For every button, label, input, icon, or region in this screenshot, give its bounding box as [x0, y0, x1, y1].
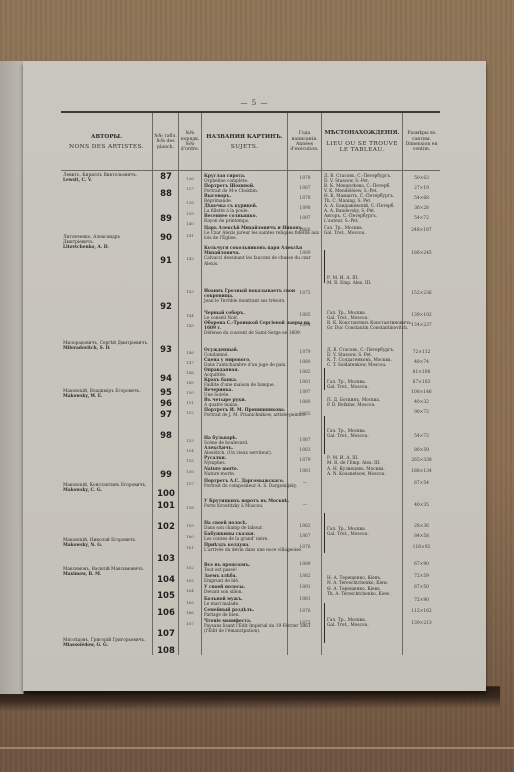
dimensions: 139×192 [403, 313, 440, 318]
brace [324, 368, 325, 390]
dimensions: 54×72 [403, 434, 440, 439]
plate-number: 100 [153, 489, 179, 499]
dimensions: 81×108 [403, 370, 440, 375]
order-number: 152 [179, 410, 201, 415]
year: 1878 [288, 176, 322, 181]
plate-number: 101 [153, 501, 179, 511]
plate-number: 96 [153, 399, 179, 409]
dimensions: 134×237 [403, 323, 440, 328]
plate-number: 90 [153, 233, 179, 243]
dimensions: 72×90 [403, 598, 440, 603]
header-order: №№ порядк. №№ d'ordre. [179, 115, 201, 169]
year: 1876 [288, 609, 322, 614]
year: 1873 [288, 621, 322, 626]
year: 1897 [288, 216, 322, 221]
dimensions: 72×112 [403, 350, 440, 355]
dimensions: 40×32 [403, 400, 440, 405]
plate-number: 99 [153, 470, 179, 480]
header-authors: АВТОРЫ. NONS DES ARTISTES. [61, 115, 152, 169]
order-number: 165 [179, 600, 201, 605]
order-number: 146 [179, 350, 201, 355]
dimensions: 67×54 [403, 481, 440, 486]
plate-number: 93 [153, 345, 179, 355]
painting-title: Кольчуги сокольниковъ царя Алексѣя Михай… [204, 246, 322, 267]
year: 1875 [288, 291, 322, 296]
dimensions: 186×245 [403, 251, 440, 256]
dimensions: 67×90 [403, 562, 440, 567]
header-location: МѢСТОНАХОЖДЕНІЯ. LIEU OU SE TROUVE LE TA… [322, 115, 402, 169]
author-entry: Маковскій, Константинъ Егоровичъ. Makows… [63, 483, 151, 493]
author-entry: Милорадовичъ, Сергѣй Дмитріевичъ. Milora… [63, 341, 151, 351]
year: 1883 [288, 448, 322, 453]
plate-number: 94 [153, 374, 179, 384]
year: 1882 [288, 574, 322, 579]
year: 1881 [288, 469, 322, 474]
brace [324, 603, 325, 643]
dimensions: 67×103 [403, 380, 440, 385]
plate-number: 95 [153, 388, 179, 398]
year: 1880 [288, 400, 322, 405]
dimensions: 27×19 [403, 186, 440, 191]
order-number: 167 [179, 621, 201, 626]
order-number: 156 [179, 469, 201, 474]
dimensions: 112×162 [403, 609, 440, 614]
brace [324, 416, 325, 454]
year: — [288, 481, 322, 486]
year: 1894 [288, 323, 322, 328]
header-rule [61, 170, 440, 171]
year: 1879 [288, 350, 322, 355]
order-number: 149 [179, 380, 201, 385]
year: 1878 [288, 196, 322, 201]
dimensions: 188×134 [403, 469, 440, 474]
author-entry: Маковскій, Владиміръ Егоровичъ. Makowsky… [63, 389, 151, 399]
order-number: 136 [179, 176, 201, 181]
plate-number: 107 [153, 629, 179, 639]
plate-number: 98 [153, 431, 179, 441]
header-year: Года написанія. Années d'exécution. [288, 115, 321, 169]
dimensions: 50×63 [403, 176, 440, 181]
year: 1879 [288, 458, 322, 463]
order-number: 140 [179, 221, 201, 226]
year: 1887 [288, 186, 322, 191]
order-number: 151 [179, 400, 201, 405]
header-title: НАЗВАНИЯ КАРТИНЪ. SUJETS. [202, 115, 287, 169]
document-page: — 5 — АВТОРЫ. NONS DES ARTISTES. №№ табл… [23, 61, 486, 691]
order-number: 157 [179, 481, 201, 486]
plate-number: 87 [153, 172, 179, 182]
dimensions: 40×35 [403, 503, 440, 508]
order-number: 142 [179, 256, 201, 261]
plate-number: 105 [153, 591, 179, 601]
order-number: 139 [179, 211, 201, 216]
author-entry: Литовченко, Александръ Дмитріевичъ. Lito… [63, 235, 151, 251]
order-number: 161 [179, 545, 201, 550]
page-number: — 5 — [23, 99, 486, 107]
dimensions: 67×50 [403, 585, 440, 590]
plate-number: 102 [153, 522, 179, 532]
order-number: 145 [179, 323, 201, 328]
order-number: 153 [179, 438, 201, 443]
plate-number: 97 [153, 410, 179, 420]
year: 1882 [288, 524, 322, 529]
order-number: 162 [179, 565, 201, 570]
dimensions: 49×74 [403, 360, 440, 365]
order-number: 144 [179, 313, 201, 318]
plate-number: 108 [153, 646, 179, 656]
year: 1889 [288, 562, 322, 567]
dimensions: 54×68 [403, 196, 440, 201]
year: 1881 [288, 597, 322, 602]
dimensions: 90×72 [403, 410, 440, 415]
dimensions: 80×59 [403, 448, 440, 453]
plate-number: 89 [153, 214, 179, 224]
order-number: 155 [179, 458, 201, 463]
header-size: Размѣры въ сантим. Dimension en centim. [403, 115, 440, 169]
year: 1880 [288, 360, 322, 365]
year: 1886 [288, 228, 322, 233]
order-number: 159 [179, 523, 201, 528]
order-number: 141 [179, 233, 201, 238]
dimensions: 108×146 [403, 390, 440, 395]
dimensions: 116×92 [403, 545, 440, 550]
location: Р. М. И. А. III.М. R. Emp. Alex. III. [327, 276, 437, 286]
header-plate: №№ табл. №№ des planch. [153, 115, 178, 169]
brace [324, 250, 325, 283]
order-number: 148 [179, 370, 201, 375]
previous-page-edge [0, 61, 24, 694]
dimensions: 139×213 [403, 621, 440, 626]
order-number: 143 [179, 289, 201, 294]
year: — [288, 503, 322, 508]
order-number: 164 [179, 588, 201, 593]
year: 1876 [288, 545, 322, 550]
order-number: 160 [179, 534, 201, 539]
year: 1887 [288, 438, 322, 443]
author-entry: Максимовъ, Василій Максимовичъ. Maximow,… [63, 567, 151, 577]
dimensions: 72×59 [403, 574, 440, 579]
dimensions: 248×187 [403, 228, 440, 233]
dimensions: 36×28 [403, 206, 440, 211]
year: 1867 [288, 534, 322, 539]
year: 1897 [288, 390, 322, 395]
year: 1889 [288, 251, 322, 256]
dimensions: 265×338 [403, 458, 440, 463]
order-number: 138 [179, 200, 201, 205]
plate-number: 104 [153, 575, 179, 585]
cardboard-seam [0, 747, 514, 749]
dimensions: 28×36 [403, 524, 440, 529]
order-number: 163 [179, 578, 201, 583]
dimensions: 54×72 [403, 216, 440, 221]
year: 1885 [288, 313, 322, 318]
author-entry: Мясоѣдовъ, Григорій Григорьевичъ. Miasso… [63, 638, 151, 648]
year: 1882 [288, 370, 322, 375]
plate-number: 92 [153, 302, 179, 312]
order-number: 166 [179, 610, 201, 615]
dimensions: 84×58 [403, 534, 440, 539]
year: 1898 [288, 206, 322, 211]
year: 1881 [288, 380, 322, 385]
author-entry: Левитъ, Кириллъ Виктольевичъ. Lewsit, C.… [63, 173, 151, 183]
year: 1883 [288, 412, 322, 417]
plate-number: 88 [153, 189, 179, 199]
year: 1891 [288, 585, 322, 590]
catalog-table: АВТОРЫ. NONS DES ARTISTES. №№ табл. №№ d… [61, 111, 440, 655]
order-number: 154 [179, 448, 201, 453]
order-number: 147 [179, 360, 201, 365]
brace [324, 513, 325, 553]
author-entry: Маковскій, Николай Егоровичъ. Makowsky, … [63, 538, 151, 548]
dimensions: 152×236 [403, 291, 440, 296]
order-number: 158 [179, 505, 201, 510]
plate-number: 91 [153, 256, 179, 266]
plate-number: 106 [153, 608, 179, 618]
plate-number: 103 [153, 554, 179, 564]
order-number: 137 [179, 186, 201, 191]
order-number: 150 [179, 390, 201, 395]
